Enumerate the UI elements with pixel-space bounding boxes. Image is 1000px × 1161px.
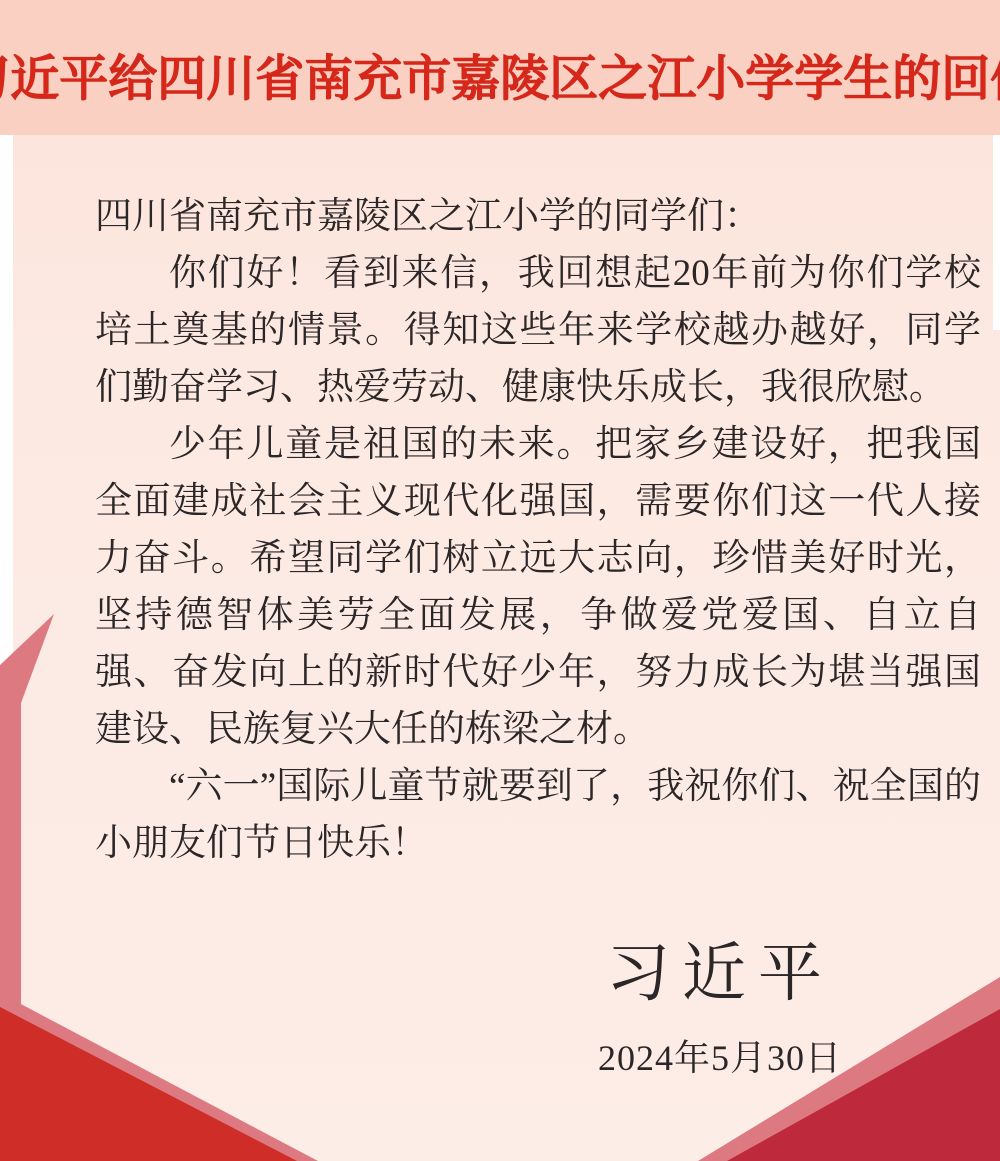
signature: 习近平 — [560, 922, 880, 1014]
left-page-edge-rose — [0, 614, 54, 1017]
page-title: 习近平给四川省南充市嘉陵区之江小学学生的回信 — [0, 26, 1000, 110]
paragraph-3: “六一”国际儿童节就要到了，我祝你们、祝全国的小朋友们节日快乐！ — [95, 758, 981, 872]
paragraph-2: 少年儿童是祖国的未来。把家乡建设好，把我国全面建成社会主义现代化强国，需要你们这… — [95, 416, 981, 758]
salutation: 四川省南充市嘉陵区之江小学的同学们： — [95, 188, 981, 245]
signature-block: 习近平 2024年5月30日 — [560, 922, 880, 1081]
bottom-left-red-ribbon — [0, 1007, 297, 1161]
letter-date: 2024年5月30日 — [560, 1030, 880, 1081]
paragraph-1: 你们好！看到来信，我回想起20年前为你们学校培土奠基的情景。得知这些年来学校越办… — [95, 245, 981, 416]
bottom-left-rose-ribbon — [0, 993, 318, 1161]
title-banner: 习近平给四川省南充市嘉陵区之江小学学生的回信 — [0, 0, 1000, 135]
letter-body: 四川省南充市嘉陵区之江小学的同学们： 你们好！看到来信，我回想起20年前为你们学… — [95, 188, 981, 872]
letter-page: 习近平给四川省南充市嘉陵区之江小学学生的回信 四川省南充市嘉陵区之江小学的同学们… — [0, 0, 1000, 1161]
